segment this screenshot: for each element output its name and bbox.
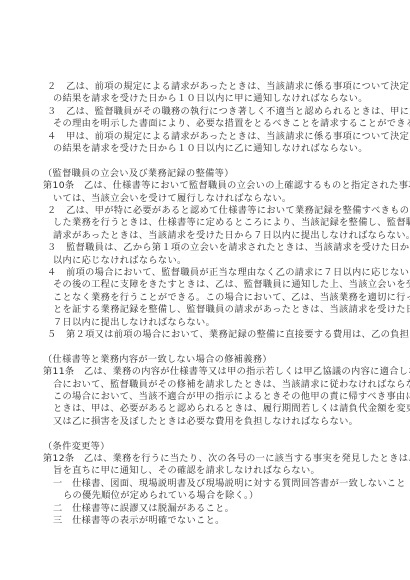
paragraph-line: いては、当該立会いを受けて履行しなければならない。 [0,193,410,205]
paragraph-line: ７日以内に提出しなければならない。 [0,317,410,329]
list-item: 二 仕様書等に誤謬又は脱漏があること。 [0,503,410,515]
line-text: 合において、監督職員がその修補を請求したときは、当該請求に従わなければならない。 [53,379,410,391]
line-text: ２ 乙は、甲が特に必要があると認めて仕様書等において業務記録を整備すべきものと指… [47,205,410,217]
paragraph-line: この場合において、当該不適合が甲の指示によるときその他甲の責に帰すべき事由による [0,391,410,403]
heading-text: （条件変更等） [43,441,110,453]
list-item: 三 仕様書等の表示が明確でないこと。 [0,515,410,527]
paragraph-line: ときは、甲は、必要があると認められるときは、履行期間若しくは請負代金額を変更し、 [0,403,410,415]
heading-text: （監督職員の立会い及び業務記録の整備等） [43,168,234,180]
line-text: ７日以内に提出しなければならない。 [53,317,215,329]
list-item: 一 仕様書、図面、現場説明書及び現場説明に対する質問回答書が一致しないこと（これ [0,478,410,490]
article-line: 第12条 乙は、業務を行うに当たり、次の各号の一に該当する事実を発見したときは、… [0,453,410,465]
line-text: 請求があったときは、当該請求を受けた日から７日以内に提出しなければならない。 [53,230,410,242]
list-item-continuation: らの優先順位が定められている場合を除く。） [0,490,410,502]
line-text: ４ 甲は、前項の規定による請求があったときは、当該請求に係る事項について決定し、… [47,131,410,143]
paragraph-line: ことなく業務を行うことができる。この場合において、乙は、当該業務を適切に行ったこ [0,292,410,304]
paragraph-line: 又は乙に損害を及ぼしたときは必要な費用を負担しなければならない。 [0,416,410,428]
line-text: らの優先順位が定められている場合を除く。） [63,490,259,502]
line-text: この場合において、当該不適合が甲の指示によるときその他甲の責に帰すべき事由による [53,391,410,403]
line-text: の結果を請求を受けた日から１０日以内に乙に通知しなければならない。 [53,143,368,155]
paragraph-line: ３ 乙は、監督職員がその職務の執行につき著しく不適当と認められるときは、甲に対し… [0,106,410,118]
paragraph-line: 旨を直ちに甲に通知し、その確認を請求しなければならない。 [0,465,410,477]
line-text: 三 仕様書等の表示が明確でないこと。 [53,515,225,527]
paragraph-line: ４ 前項の場合において、監督職員が正当な理由なく乙の請求に７日以内に応じないため… [0,267,410,279]
line-text: ５ 第２項又は前項の場合において、業務記録の整備に直接要する費用は、乙の負担とす… [47,329,410,341]
line-text: 以内に応じなければならない。 [53,255,187,267]
line-text: ３ 監督職員は、乙から第１項の立会いを請求されたときは、当該請求を受けた日から７… [47,242,410,254]
paragraph-line: した業務を行うときは、仕様書等に定めるところにより、当該記録を整備し、監督職員の [0,217,410,229]
line-text: した業務を行うときは、仕様書等に定めるところにより、当該記録を整備し、監督職員の [53,217,410,229]
paragraph-line: 以内に応じなければならない。 [0,255,410,267]
line-text: ４ 前項の場合において、監督職員が正当な理由なく乙の請求に７日以内に応じないため… [47,267,410,279]
article-line: 第10条 乙は、仕様書等において監督職員の立会いの上確認するものと指定された事項… [0,180,410,192]
line-text: その後の工程に支障をきたすときは、乙は、監督職員に通知した上、当該立会いを受ける [53,279,410,291]
line-text: の結果を請求を受けた日から１０日以内に甲に通知しなければならない。 [53,93,368,105]
section-heading: （仕様書等と業務内容が一致しない場合の修補義務） [0,354,410,366]
paragraph-line: 合において、監督職員がその修補を請求したときは、当該請求に従わなければならない。 [0,379,410,391]
paragraph-line: の結果を請求を受けた日から１０日以内に甲に通知しなければならない。 [0,93,410,105]
paragraph-line: の結果を請求を受けた日から１０日以内に乙に通知しなければならない。 [0,143,410,155]
paragraph-line: ２ 乙は、前項の規定による請求があったときは、当該請求に係る事項について決定し、… [0,81,410,93]
paragraph-line: その後の工程に支障をきたすときは、乙は、監督職員に通知した上、当該立会いを受ける [0,279,410,291]
line-text: ことなく業務を行うことができる。この場合において、乙は、当該業務を適切に行ったこ [53,292,410,304]
line-text: 第10条 乙は、仕様書等において監督職員の立会いの上確認するものと指定された事項… [43,180,410,192]
line-text: 二 仕様書等に誤謬又は脱漏があること。 [53,503,234,515]
line-text: 旨を直ちに甲に通知し、その確認を請求しなければならない。 [53,465,320,477]
line-text: とを証する業務記録を整備し、監督職員の請求があったときは、当該請求を受けた日から [53,304,410,316]
line-text: その理由を明示した書面により、必要な措置をとるべきことを請求することができる。 [53,118,410,130]
line-text: ２ 乙は、前項の規定による請求があったときは、当該請求に係る事項について決定し、… [47,81,410,93]
section-heading: （監督職員の立会い及び業務記録の整備等） [0,168,410,180]
line-text: いては、当該立会いを受けて履行しなければならない。 [53,193,291,205]
line-text: 第11条 乙は、業務の内容が仕様書等又は甲の指示若しくは甲乙協議の内容に適合しな… [43,366,410,378]
heading-text: （仕様書等と業務内容が一致しない場合の修補義務） [43,354,272,366]
paragraph-line: とを証する業務記録を整備し、監督職員の請求があったときは、当該請求を受けた日から [0,304,410,316]
article-line: 第11条 乙は、業務の内容が仕様書等又は甲の指示若しくは甲乙協議の内容に適合しな… [0,366,410,378]
line-text: 又は乙に損害を及ぼしたときは必要な費用を負担しなければならない。 [53,416,358,428]
paragraph-line: ４ 甲は、前項の規定による請求があったときは、当該請求に係る事項について決定し、… [0,131,410,143]
line-text: ３ 乙は、監督職員がその職務の執行につき著しく不適当と認められるときは、甲に対し… [47,106,410,118]
section-heading: （条件変更等） [0,441,410,453]
paragraph-line: ５ 第２項又は前項の場合において、業務記録の整備に直接要する費用は、乙の負担とす… [0,329,410,341]
line-text: ときは、甲は、必要があると認められるときは、履行期間若しくは請負代金額を変更し、 [53,403,410,415]
line-text: 第12条 乙は、業務を行うに当たり、次の各号の一に該当する事実を発見したときは、… [43,453,410,465]
paragraph-line: 請求があったときは、当該請求を受けた日から７日以内に提出しなければならない。 [0,230,410,242]
document-page: ２ 乙は、前項の規定による請求があったときは、当該請求に係る事項について決定し、… [0,0,410,580]
paragraph-line: ２ 乙は、甲が特に必要があると認めて仕様書等において業務記録を整備すべきものと指… [0,205,410,217]
paragraph-line: その理由を明示した書面により、必要な措置をとるべきことを請求することができる。 [0,118,410,130]
line-text: 一 仕様書、図面、現場説明書及び現場説明に対する質問回答書が一致しないこと（これ [53,478,410,490]
paragraph-line: ３ 監督職員は、乙から第１項の立会いを請求されたときは、当該請求を受けた日から７… [0,242,410,254]
